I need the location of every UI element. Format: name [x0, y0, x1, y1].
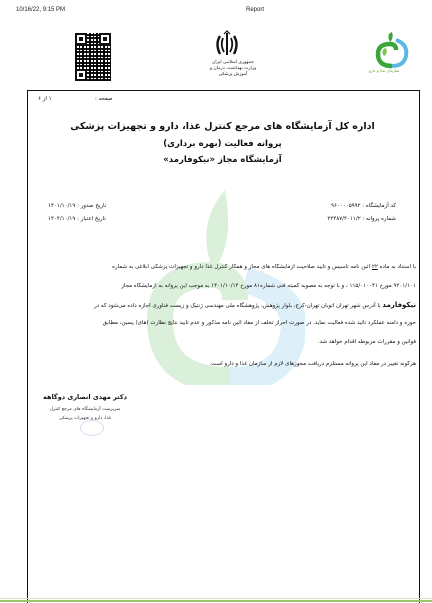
qr-code — [75, 33, 111, 81]
title-lab-name: آزمایشگاه مجاز «نیکوفارمد» — [30, 155, 415, 165]
body-line-4: حوزه و دامنه عملکرد تائید شده فعالیت نما… — [24, 320, 416, 326]
fda-logo-icon — [370, 32, 412, 70]
logo-caption: سازمان غذا و دارو — [354, 68, 414, 73]
body-paragraph-2: هرگونه تغییر در مفاد این پروانه مستلزم د… — [24, 361, 416, 367]
qr-finder-icon — [75, 69, 87, 81]
license-number-label: شماره پروانه : — [362, 216, 396, 222]
body-text: آئین نامه تاسیس و تایید صلاحیت آزمایشگاه… — [112, 264, 372, 270]
title-department: اداره کل آزمایشگاه های مرجع کنترل غذا، د… — [30, 121, 415, 132]
lab-code: کد آزمایشگاه : ۹۶۰۰۰۰۵۹۹۲ — [331, 203, 396, 209]
qr-finder-icon — [99, 33, 111, 45]
page-label: صفحه : — [95, 96, 113, 102]
issue-date-label: تاریخ صدور : — [77, 203, 106, 209]
stamp-icon — [80, 420, 104, 436]
footer-line-light — [0, 598, 432, 599]
lab-code-label: کد آزمایشگاه : — [362, 203, 396, 209]
signatory-name: دکتر مهدی انصاری دوگاهه — [30, 393, 140, 401]
expiry-date-label: تاریخ اعتبار : — [77, 216, 106, 222]
ministry-line2: وزارت بهداشت، درمان و آموزش پزشکی — [203, 66, 263, 78]
body-text: با آدرس شهر تهران اتوبان تهران-کرج، بلوا… — [94, 303, 382, 309]
body-line-3: نیکوفارمد با آدرس شهر تهران اتوبان تهران… — [24, 301, 416, 309]
lab-name-bold: نیکوفارمد — [382, 301, 416, 309]
body-text: با استناد به ماده — [378, 264, 416, 270]
lab-code-value: ۹۶۰۰۰۰۵۹۹۲ — [331, 203, 361, 209]
signatory-role-line1: سرپرست آزمایشگاه های مرجع کنترل — [30, 407, 140, 412]
body-line-1: با استناد به ماده ۲۲ آئین نامه تاسیس و ت… — [24, 264, 416, 270]
print-title: Report — [246, 7, 264, 13]
iran-emblem-icon — [212, 30, 242, 60]
footer-line — [0, 600, 432, 602]
body-line-5: قوانین و مقررات مربوطه اقدام خواهد شد. — [24, 339, 416, 345]
expiry-date: تاریخ اعتبار : ۱۴۰۴/۱۰/۱۹ — [48, 216, 106, 222]
print-datetime: 10/16/22, 9:15 PM — [16, 7, 65, 13]
ministry-caption: جمهوری اسلامی ایران وزارت بهداشت، درمان … — [203, 60, 263, 78]
license-number-value: ۲۲۴۸۷/۴۰۱۱/۲ — [327, 216, 360, 222]
license-number: شماره پروانه : ۲۲۴۸۷/۴۰۱۱/۲ — [327, 216, 396, 222]
qr-finder-icon — [75, 33, 87, 45]
expiry-date-value: ۱۴۰۴/۱۰/۱۹ — [48, 216, 75, 222]
title-license-type: پروانه فعالیت (بهره برداری) — [30, 139, 415, 149]
issue-date-value: ۱۴۰۱/۱۰/۱۹ — [48, 203, 75, 209]
body-line-2: ۹۲۰۱/۱۰۱ مورخ ۱۱۵/۰۱۰۰۴۱ ، و با توجه به … — [24, 283, 416, 289]
issue-date: تاریخ صدور : ۱۴۰۱/۱۰/۱۹ — [48, 203, 106, 209]
page-value: ۱ از ۶ — [38, 96, 52, 102]
